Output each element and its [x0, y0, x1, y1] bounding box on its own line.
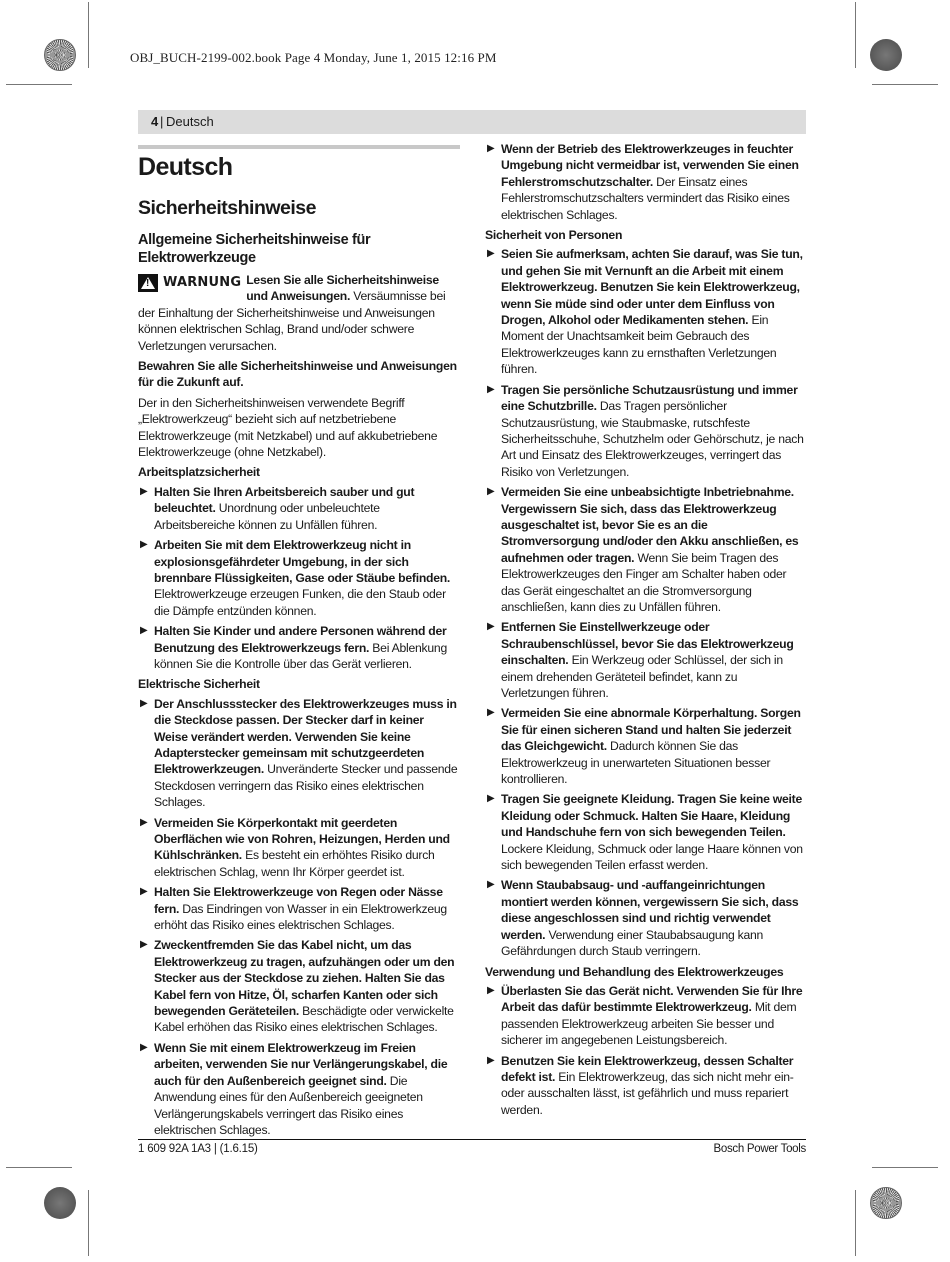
item-text: Elektrowerkzeuge erzeugen Funken, die de… — [154, 587, 446, 617]
list-item: ▶Halten Sie Kinder und andere Personen w… — [138, 623, 460, 672]
bullet-arrow-icon: ▶ — [487, 791, 494, 807]
list-item: ▶Seien Sie aufmerksam, achten Sie darauf… — [485, 246, 807, 377]
right-column: ▶Wenn der Betrieb des Elektrowerkzeuges … — [485, 141, 807, 1122]
bullet-arrow-icon: ▶ — [487, 1053, 494, 1069]
group-title-personal: Sicherheit von Personen — [485, 227, 807, 243]
footer-brand: Bosch Power Tools — [714, 1143, 807, 1155]
left-column: Deutsch Sicherheitshinweise Allgemeine S… — [138, 145, 460, 1142]
registration-mark-icon — [862, 1123, 912, 1173]
list-item: ▶Arbeiten Sie mit dem Elektrowerkzeug ni… — [138, 537, 460, 619]
warning-triangle-icon — [138, 274, 158, 292]
item-bold: Arbeiten Sie mit dem Elektrowerkzeug nic… — [154, 538, 450, 585]
item-bold: Tragen Sie geeignete Kleidung. Tragen Si… — [501, 792, 802, 839]
registration-mark-icon — [32, 605, 82, 655]
list-item: ▶Wenn Sie mit einem Elektrowerkzeug im F… — [138, 1040, 460, 1138]
definition-text: Der in den Sicherheitshinweisen verwende… — [138, 395, 460, 461]
registration-mark-icon — [32, 1123, 82, 1173]
group-title-electrical: Elektrische Sicherheit — [138, 676, 460, 692]
bullet-arrow-icon: ▶ — [140, 937, 147, 953]
bullet-arrow-icon: ▶ — [140, 1040, 147, 1056]
footer-doc-number: 1 609 92A 1A3 | (1.6.15) — [138, 1143, 258, 1155]
usage-list: ▶Überlasten Sie das Gerät nicht. Verwend… — [485, 983, 807, 1118]
bullet-arrow-icon: ▶ — [140, 815, 147, 831]
bullet-arrow-icon: ▶ — [487, 246, 494, 262]
bullet-arrow-icon: ▶ — [487, 619, 494, 635]
list-item: ▶Vermeiden Sie eine abnormale Körperhalt… — [485, 705, 807, 787]
bullet-arrow-icon: ▶ — [487, 382, 494, 398]
subsection-title: Allgemeine Sicherheitshinweise für Elekt… — [138, 231, 460, 267]
registration-mark-icon — [862, 83, 912, 133]
registration-mark-icon — [448, 1178, 498, 1228]
group-title-usage: Verwendung und Behandlung des Elektrower… — [485, 964, 807, 980]
bullet-arrow-icon: ▶ — [487, 484, 494, 500]
bullet-arrow-icon: ▶ — [140, 884, 147, 900]
color-bar-starburst-icon — [44, 39, 76, 71]
registration-mark-icon — [789, 1178, 839, 1228]
crop-mark — [6, 1167, 72, 1168]
list-item: ▶Wenn Staubabsaug- und -auffangeinrichtu… — [485, 877, 807, 959]
bullet-arrow-icon: ▶ — [140, 537, 147, 553]
crop-mark — [855, 2, 856, 68]
warning-block: WARNUNG Lesen Sie alle Sicherheitshinwei… — [138, 272, 460, 354]
crop-mark — [872, 1167, 938, 1168]
registration-mark-icon — [789, 30, 839, 80]
header-separator: | — [160, 114, 163, 129]
registration-mark-icon — [85, 1178, 135, 1228]
bullet-arrow-icon: ▶ — [487, 705, 494, 721]
bullet-arrow-icon: ▶ — [487, 877, 494, 893]
page-title: Deutsch — [138, 151, 460, 183]
electrical-list: ▶Der Anschlussstecker des Elektrowerkzeu… — [138, 696, 460, 1139]
registration-mark-icon — [85, 30, 135, 80]
header-language: Deutsch — [166, 114, 214, 129]
color-bar-starburst-icon — [870, 1187, 902, 1219]
warning-label: WARNUNG — [163, 275, 241, 291]
color-bar-grey-disc-icon — [870, 39, 902, 71]
column-rule — [138, 145, 460, 149]
bullet-arrow-icon: ▶ — [487, 141, 494, 157]
list-item: ▶Halten Sie Ihren Arbeitsbereich sauber … — [138, 484, 460, 533]
list-item: ▶Entfernen Sie Einstellwerkzeuge oder Sc… — [485, 619, 807, 701]
group-title-workplace: Arbeitsplatzsicherheit — [138, 464, 460, 480]
personal-list: ▶Seien Sie aufmerksam, achten Sie darauf… — [485, 246, 807, 959]
list-item: ▶Überlasten Sie das Gerät nicht. Verwend… — [485, 983, 807, 1049]
page-header-bar: 4 | Deutsch — [138, 110, 806, 134]
item-text: Lockere Kleidung, Schmuck oder lange Haa… — [501, 842, 803, 872]
registration-mark-icon — [862, 605, 912, 655]
list-item: ▶Halten Sie Elektrowerkzeuge von Regen o… — [138, 884, 460, 933]
list-item: ▶Der Anschlussstecker des Elektrowerkzeu… — [138, 696, 460, 811]
page-number: 4 — [151, 114, 158, 129]
item-text: Das Eindringen von Wasser in ein Elektro… — [154, 902, 447, 932]
list-item: ▶Benutzen Sie kein Elektrowerkzeug, dess… — [485, 1053, 807, 1119]
workplace-list: ▶Halten Sie Ihren Arbeitsbereich sauber … — [138, 484, 460, 672]
list-item: ▶Vermeiden Sie eine unbeabsichtigte Inbe… — [485, 484, 807, 615]
keep-notice: Bewahren Sie alle Sicherheitshinweise un… — [138, 358, 460, 391]
bullet-arrow-icon: ▶ — [487, 983, 494, 999]
warning-badge: WARNUNG — [138, 274, 241, 292]
bullet-arrow-icon: ▶ — [140, 696, 147, 712]
color-bar-grey-disc-icon — [44, 1187, 76, 1219]
registration-mark-icon — [32, 83, 82, 133]
list-item: ▶Wenn der Betrieb des Elektrowerkzeuges … — [485, 141, 807, 223]
bullet-arrow-icon: ▶ — [140, 623, 147, 639]
electrical-list-continued: ▶Wenn der Betrieb des Elektrowerkzeuges … — [485, 141, 807, 223]
list-item: ▶Tragen Sie persönliche Schutzausrüstung… — [485, 382, 807, 480]
item-bold: Wenn der Betrieb des Elektrowerkzeuges i… — [501, 142, 799, 189]
list-item: ▶Zweckentfremden Sie das Kabel nicht, um… — [138, 937, 460, 1035]
crop-mark — [855, 1190, 856, 1256]
footer-rule — [138, 1139, 806, 1140]
section-title: Sicherheitshinweise — [138, 195, 460, 221]
list-item: ▶Tragen Sie geeignete Kleidung. Tragen S… — [485, 791, 807, 873]
bullet-arrow-icon: ▶ — [140, 484, 147, 500]
list-item: ▶Vermeiden Sie Körperkontakt mit geerdet… — [138, 815, 460, 881]
file-header: OBJ_BUCH-2199-002.book Page 4 Monday, Ju… — [130, 50, 497, 66]
